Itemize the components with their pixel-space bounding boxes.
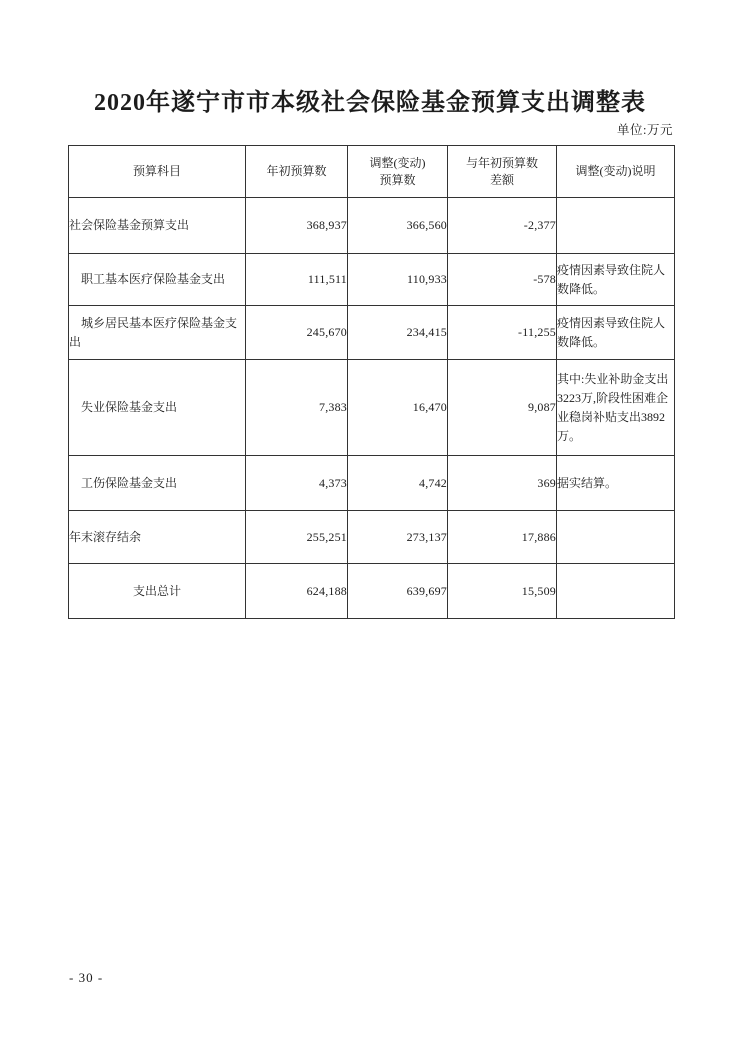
adjusted-budget-value: 110,933 [348,254,448,306]
difference-value: -578 [448,254,557,306]
table-header-row: 预算科目 年初预算数 调整(变动) 预算数 与年初预算数 差额 调整(变动)说明 [69,146,675,198]
adjustment-note: 其中:失业补助金支出3223万,阶段性困难企业稳岗补贴支出3892万。 [557,360,675,456]
difference-value: -11,255 [448,306,557,360]
difference-value: 15,509 [448,564,557,619]
table-row-total: 支出总计 624,188 639,697 15,509 [69,564,675,619]
budget-item-label: 支出总计 [69,564,246,619]
adjustment-note: 疫情因素导致住院人数降低。 [557,306,675,360]
table-row: 年末滚存结余 255,251 273,137 17,886 [69,511,675,564]
budget-item-label: 职工基本医疗保险基金支出 [69,254,246,306]
budget-item-label: 社会保险基金预算支出 [69,198,246,254]
header-adjustment-note: 调整(变动)说明 [557,146,675,198]
page-number: - 30 - [69,970,103,986]
budget-item-label: 工伤保险基金支出 [69,456,246,511]
difference-value: 17,886 [448,511,557,564]
adjustment-note: 据实结算。 [557,456,675,511]
difference-value: 369 [448,456,557,511]
table-row: 失业保险基金支出 7,383 16,470 9,087 其中:失业补助金支出32… [69,360,675,456]
adjusted-budget-value: 4,742 [348,456,448,511]
initial-budget-value: 255,251 [246,511,348,564]
document-page: 2020年遂宁市市本级社会保险基金预算支出调整表 单位:万元 预算科目 年初预算… [0,0,740,1043]
header-difference: 与年初预算数 差额 [448,146,557,198]
page-title: 2020年遂宁市市本级社会保险基金预算支出调整表 [0,82,740,117]
initial-budget-value: 7,383 [246,360,348,456]
adjustment-note [557,198,675,254]
adjusted-budget-value: 234,415 [348,306,448,360]
adjusted-budget-value: 366,560 [348,198,448,254]
table-row: 工伤保险基金支出 4,373 4,742 369 据实结算。 [69,456,675,511]
difference-value: 9,087 [448,360,557,456]
table-row: 职工基本医疗保险基金支出 111,511 110,933 -578 疫情因素导致… [69,254,675,306]
initial-budget-value: 368,937 [246,198,348,254]
adjustment-note [557,511,675,564]
header-budget-subject: 预算科目 [69,146,246,198]
adjusted-budget-value: 16,470 [348,360,448,456]
difference-value: -2,377 [448,198,557,254]
header-adjusted-budget: 调整(变动) 预算数 [348,146,448,198]
header-initial-budget: 年初预算数 [246,146,348,198]
adjustment-note [557,564,675,619]
budget-item-label: 城乡居民基本医疗保险基金支出 [69,306,246,360]
table-row: 城乡居民基本医疗保险基金支出 245,670 234,415 -11,255 疫… [69,306,675,360]
budget-item-label: 失业保险基金支出 [69,360,246,456]
adjustment-note: 疫情因素导致住院人数降低。 [557,254,675,306]
adjusted-budget-value: 639,697 [348,564,448,619]
initial-budget-value: 624,188 [246,564,348,619]
budget-adjustment-table: 预算科目 年初预算数 调整(变动) 预算数 与年初预算数 差额 调整(变动)说明… [68,145,675,619]
initial-budget-value: 245,670 [246,306,348,360]
initial-budget-value: 4,373 [246,456,348,511]
initial-budget-value: 111,511 [246,254,348,306]
budget-item-label: 年末滚存结余 [69,511,246,564]
adjusted-budget-value: 273,137 [348,511,448,564]
unit-label: 单位:万元 [617,120,673,138]
table-row: 社会保险基金预算支出 368,937 366,560 -2,377 [69,198,675,254]
